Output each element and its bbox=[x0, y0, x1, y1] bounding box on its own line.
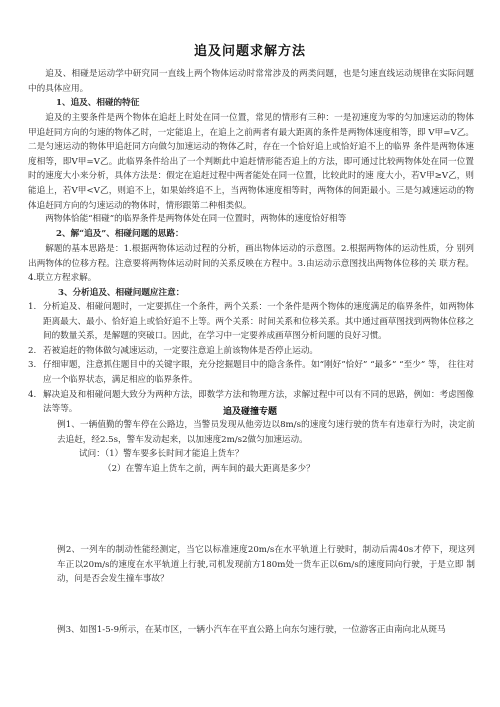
section-3-heading: 3、分析追及、相碰问题应注意： bbox=[58, 286, 184, 301]
intro-paragraph: 追及、相碰是运动学中研究同一直线上两个物体运动时常常涉及的两类问题，也是匀速直线… bbox=[28, 67, 474, 96]
document-page: 追及问题求解方法 追及、相碰是运动学中研究同一直线上两个物体运动时常常涉及的两类… bbox=[0, 0, 500, 707]
section-1-heading: 1、追及、相碰的特征 bbox=[56, 96, 139, 111]
list-item-number: 3. bbox=[28, 358, 43, 387]
list-item-number: 1. bbox=[28, 300, 43, 344]
list-item-text: 仔细审题，注意抓住题目中的关键字眼，充分挖掘题目中的隐含条件。如“刚好”恰好” … bbox=[43, 358, 474, 387]
example-2-text: 例2、一列车的制动性能经测定，当它以标准速度20m/s在水平轨道上行驶时，制动后… bbox=[57, 543, 475, 587]
example-1-question-2: （2）在警车追上货车之前，两车间的最大距离是多少？ bbox=[103, 462, 315, 477]
list-item-number: 2. bbox=[28, 344, 43, 359]
example-1-text: 例1、一辆值勤的警车停在公路边，当警员发现从他旁边以8m/s的速度匀速行驶的货车… bbox=[57, 418, 475, 447]
section-1-paragraph: 追及的主要条件是两个物体在追赶上时处在同一位置，常见的情形有三种：一是初速度为零… bbox=[28, 111, 474, 213]
page-title: 追及问题求解方法 bbox=[0, 40, 500, 59]
section-2-paragraph: 解题的基本思路是：1.根据两物体运动过程的分析，画出物体运动的示意图。2.根据两… bbox=[28, 242, 474, 286]
list-item: 3. 仔细审题，注意抓住题目中的关键字眼，充分挖掘题目中的隐含条件。如“刚好”恰… bbox=[28, 358, 474, 387]
section-2-heading-text: 2、解“追及”、相碰问题的思路： bbox=[56, 229, 184, 239]
section-3-heading-text: 3、分析追及、相碰问题应注意： bbox=[58, 288, 184, 298]
section-3-list: 1. 分析追及、相碰问题时，一定要抓住一个条件，两个关系：一个条件是两个物体的速… bbox=[28, 300, 474, 417]
example-1-question-1: 试问：（1）警车要多长时间才能追上货车？ bbox=[79, 447, 243, 462]
section-2-heading: 2、解“追及”、相碰问题的思路： bbox=[56, 227, 184, 242]
section-1-heading-text: 1、追及、相碰的特征 bbox=[56, 98, 139, 108]
list-item: 2. 若被追赶的物体做匀减速运动，一定要注意追上前该物体是否停止运动。 bbox=[28, 344, 474, 359]
list-item-text: 若被追赶的物体做匀减速运动，一定要注意追上前该物体是否停止运动。 bbox=[43, 344, 474, 359]
section-1-critical-condition: 两物体恰能“相碰”的临界条件是两物体处在同一位置时，两物体的速度恰好相等 bbox=[28, 212, 474, 227]
list-item: 1. 分析追及、相碰问题时，一定要抓住一个条件，两个关系：一个条件是两个物体的速… bbox=[28, 300, 474, 344]
topic-title: 追及碰撞专题 bbox=[0, 404, 500, 417]
example-3-text: 例3、如图1-5-9所示，在某市区，一辆小汽车在平直公路上向东匀速行驶，一位游客… bbox=[57, 623, 475, 638]
list-item-text: 分析追及、相碰问题时，一定要抓住一个条件，两个关系：一个条件是两个物体的速度满足… bbox=[43, 300, 474, 344]
